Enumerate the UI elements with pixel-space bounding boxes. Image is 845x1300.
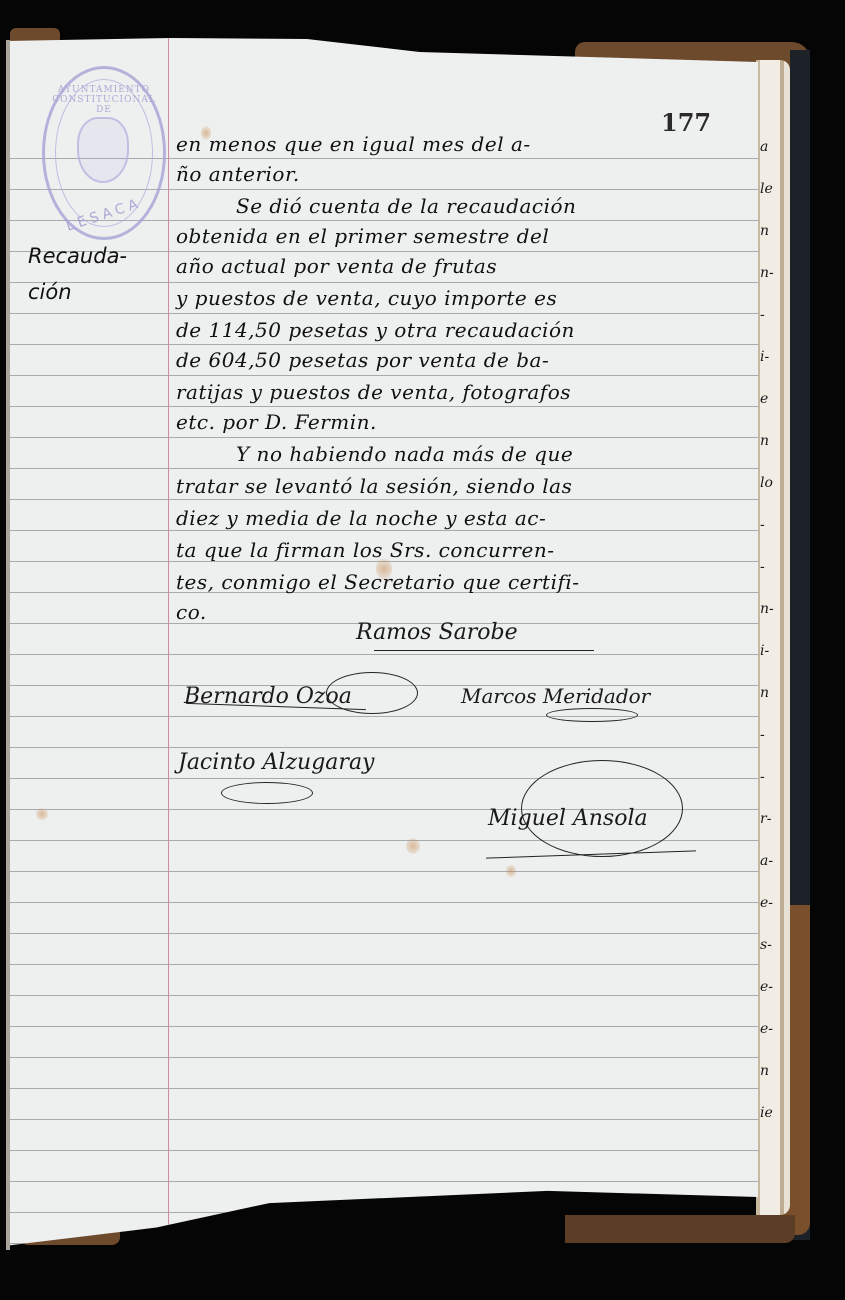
page-edge-fragment: i-	[760, 644, 784, 658]
page-edge-fragment: n	[760, 224, 784, 238]
signature-jacinto-alzugaray: Jacinto Alzugaray	[178, 750, 375, 775]
page-edge-fragment: -	[760, 770, 784, 784]
page-edge-fragment: e	[760, 392, 784, 406]
page-edge-fragment: n-	[760, 602, 784, 616]
body-line: ño anterior.	[176, 162, 300, 186]
page-edge-fragment: -	[760, 308, 784, 322]
page-edge-fragment: n	[760, 686, 784, 700]
page-edge-fragment: i-	[760, 350, 784, 364]
municipal-stamp: AYUNTAMIENTO CONSTITUCIONAL DE LESACA	[42, 66, 166, 240]
body-line: Se dió cuenta de la recaudación	[236, 194, 576, 218]
ruled-line	[6, 1274, 758, 1275]
ledger-page: AYUNTAMIENTO CONSTITUCIONAL DE LESACA 17…	[6, 38, 758, 1258]
signature-flourish	[546, 708, 638, 722]
ruled-line	[6, 1026, 758, 1027]
ruled-line	[6, 530, 758, 531]
page-edge-fragment: r-	[760, 812, 784, 826]
ruled-line	[6, 375, 758, 376]
page-gutter	[6, 40, 10, 1250]
ruled-line	[6, 902, 758, 903]
page-edge-fragment: n-	[760, 266, 784, 280]
page-edge-fragment: a-	[760, 854, 784, 868]
ruled-line	[6, 406, 758, 407]
page-edge-fragment: s-	[760, 938, 784, 952]
body-line: de 114,50 pesetas y otra recaudación	[176, 318, 575, 342]
ruled-line	[6, 468, 758, 469]
ruled-line	[6, 437, 758, 438]
body-line: y puestos de venta, cuyo importe es	[176, 286, 557, 310]
ruled-line	[6, 1243, 758, 1244]
page-edge-fragment: ie	[760, 1106, 784, 1120]
ruled-line	[6, 1150, 758, 1151]
water-stain	[406, 838, 420, 854]
page-edge-fragment: a	[760, 140, 784, 154]
margin-note-line-1: Recauda-	[28, 244, 127, 268]
ruled-line	[6, 1212, 758, 1213]
stamp-top-text: AYUNTAMIENTO CONSTITUCIONAL DE	[45, 85, 163, 115]
water-stain	[36, 808, 48, 820]
ruled-line	[6, 1181, 758, 1182]
margin-note-line-2: ción	[28, 280, 72, 304]
water-stain	[506, 865, 516, 877]
signature-flourish	[521, 760, 683, 857]
ink-stain	[201, 126, 211, 140]
ruled-line	[6, 282, 758, 283]
signature-flourish	[221, 782, 313, 804]
body-line: en menos que en igual mes del a-	[176, 132, 531, 156]
body-line: etc. por D. Fermin.	[176, 410, 377, 434]
ruled-line	[6, 933, 758, 934]
page-edge-fragment: -	[760, 560, 784, 574]
body-line: ta que la firman los Srs. concurren-	[176, 538, 554, 562]
body-line: de 604,50 pesetas por venta de ba-	[176, 348, 549, 372]
book-cover-bottom-right	[565, 1215, 795, 1243]
signature-underline	[374, 650, 594, 651]
signature-marcos-meridador: Marcos Meridador	[461, 684, 650, 708]
margin-rule	[168, 38, 169, 1258]
ruled-line	[6, 1119, 758, 1120]
body-line: Y no habiendo nada más de que	[236, 442, 573, 466]
body-line: ratijas y puestos de venta, fotografos	[176, 380, 571, 404]
page-edge-fragment: le	[760, 182, 784, 196]
page-edge-fragment: -	[760, 518, 784, 532]
ruled-line	[6, 716, 758, 717]
page-edge-fragment: e-	[760, 1022, 784, 1036]
ruled-line	[6, 1088, 758, 1089]
page-edge-fragment: lo	[760, 476, 784, 490]
ruled-line	[6, 499, 758, 500]
page-edge-fragment: n	[760, 1064, 784, 1078]
water-stain	[376, 558, 392, 580]
ruled-line	[6, 747, 758, 748]
page-edge-fragment: e-	[760, 980, 784, 994]
ruled-line	[6, 964, 758, 965]
body-line: año actual por venta de frutas	[176, 254, 497, 278]
signature-ramos-sarobe: Ramos Sarobe	[356, 620, 518, 645]
page-edge-fragment: n	[760, 434, 784, 448]
page-number: 177	[661, 108, 711, 137]
ruled-line	[6, 344, 758, 345]
coat-of-arms-icon	[77, 117, 129, 183]
ruled-line	[6, 871, 758, 872]
page-edge-fragment: e-	[760, 896, 784, 910]
body-line: obtenida en el primer semestre del	[176, 224, 549, 248]
ruled-line	[6, 654, 758, 655]
ruled-line	[6, 313, 758, 314]
ruled-line	[6, 1057, 758, 1058]
page-edge-fragment: -	[760, 728, 784, 742]
ruled-line	[6, 995, 758, 996]
body-line: co.	[176, 600, 207, 624]
body-line: diez y media de la noche y esta ac-	[176, 506, 546, 530]
signature-flourish	[326, 672, 418, 714]
body-line: tratar se levantó la sesión, siendo las	[176, 474, 572, 498]
